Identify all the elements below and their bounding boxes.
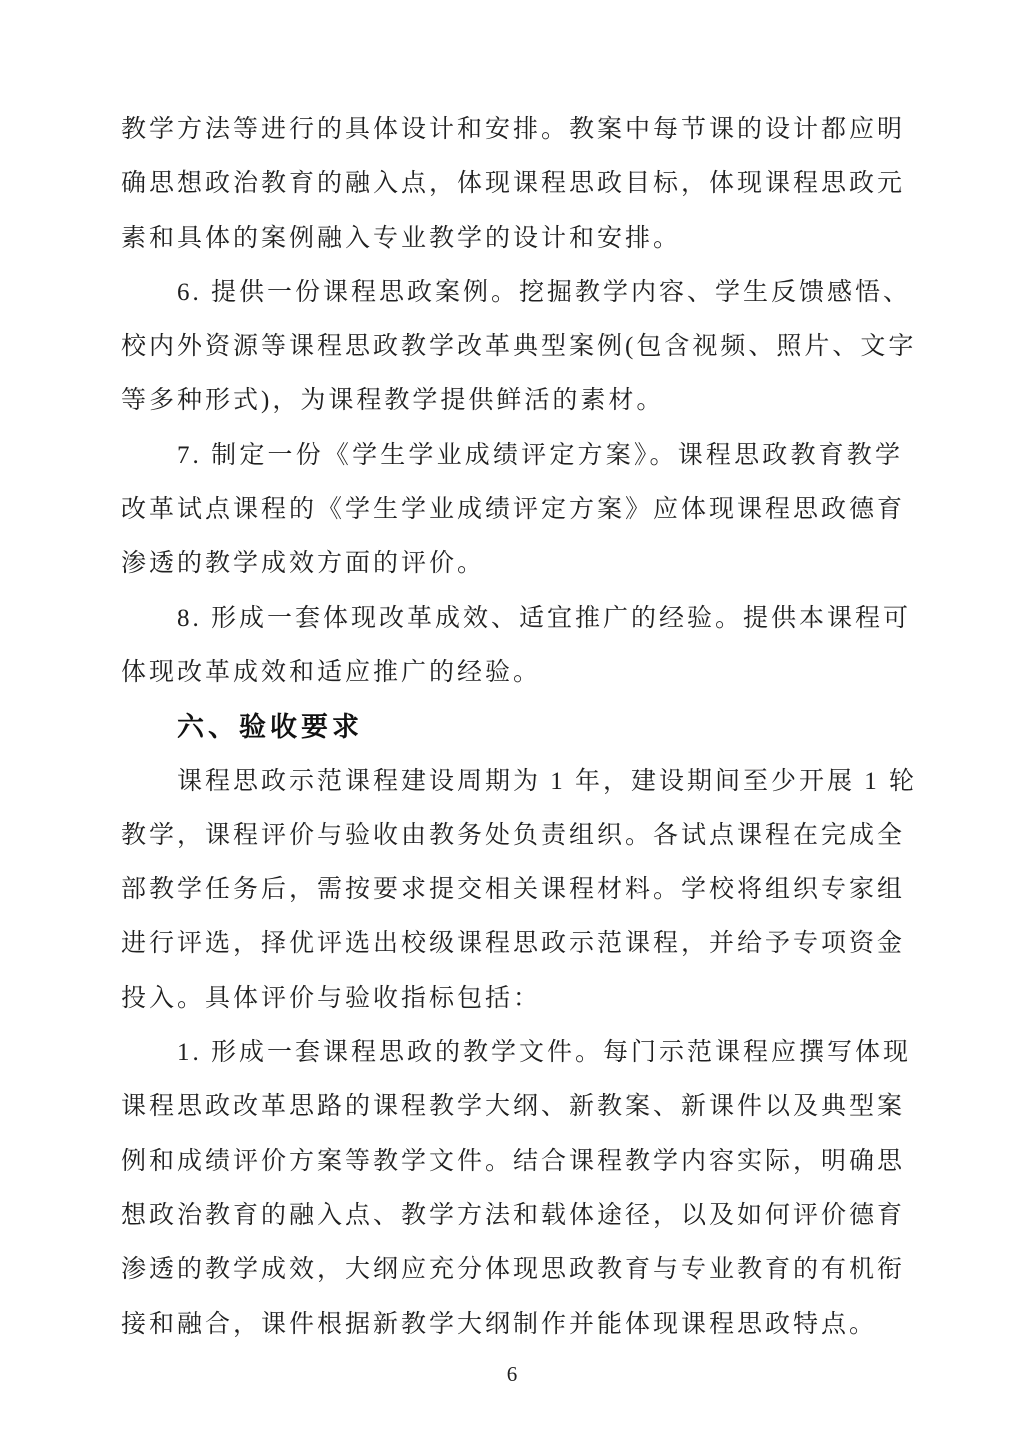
text-line: 进行评选，择优评选出校级课程思政示范课程，并给予专项资金 [121, 917, 903, 971]
text-line: 课程思政示范课程建设周期为 1 年，建设期间至少开展 1 轮 [121, 755, 903, 809]
paragraph-item-6: 6. 提供一份课程思政案例。挖掘教学内容、学生反馈感悟、 校内外资源等课程思政教… [121, 266, 903, 429]
paragraph-item-8: 8. 形成一套体现改革成效、适宜推广的经验。提供本课程可 体现改革成效和适应推广… [121, 592, 903, 701]
text-line: 教学方法等进行的具体设计和安排。教案中每节课的设计都应明 [121, 103, 903, 157]
document-body: 教学方法等进行的具体设计和安排。教案中每节课的设计都应明 确思想政治教育的融入点… [121, 103, 903, 1352]
text-line: 8. 形成一套体现改革成效、适宜推广的经验。提供本课程可 [121, 592, 903, 646]
text-line: 确思想政治教育的融入点，体现课程思政目标，体现课程思政元 [121, 157, 903, 211]
paragraph-item-1: 1. 形成一套课程思政的教学文件。每门示范课程应撰写体现 课程思政改革思路的课程… [121, 1026, 903, 1352]
text-line: 等多种形式)，为课程教学提供鲜活的素材。 [121, 374, 903, 428]
text-line: 想政治教育的融入点、教学方法和载体途径，以及如何评价德育 [121, 1189, 903, 1243]
text-line: 例和成绩评价方案等教学文件。结合课程教学内容实际，明确思 [121, 1135, 903, 1189]
paragraph-continuation: 教学方法等进行的具体设计和安排。教案中每节课的设计都应明 确思想政治教育的融入点… [121, 103, 903, 266]
text-line: 投入。具体评价与验收指标包括： [121, 972, 903, 1026]
text-line: 素和具体的案例融入专业教学的设计和安排。 [121, 212, 903, 266]
text-line: 校内外资源等课程思政教学改革典型案例(包含视频、照片、文字 [121, 320, 903, 374]
paragraph-acceptance-intro: 课程思政示范课程建设周期为 1 年，建设期间至少开展 1 轮 教学，课程评价与验… [121, 755, 903, 1026]
text-line: 体现改革成效和适应推广的经验。 [121, 646, 903, 700]
paragraph-item-7: 7. 制定一份《学生学业成绩评定方案》。课程思政教育教学 改革试点课程的《学生学… [121, 429, 903, 592]
text-line: 渗透的教学成效，大纲应充分体现思政教育与专业教育的有机衔 [121, 1243, 903, 1297]
text-line: 渗透的教学成效方面的评价。 [121, 537, 903, 591]
text-line: 改革试点课程的《学生学业成绩评定方案》应体现课程思政德育 [121, 483, 903, 537]
document-page: 教学方法等进行的具体设计和安排。教案中每节课的设计都应明 确思想政治教育的融入点… [0, 0, 1024, 1447]
text-line: 部教学任务后，需按要求提交相关课程材料。学校将组织专家组 [121, 863, 903, 917]
page-number: 6 [0, 1362, 1024, 1387]
text-line: 教学，课程评价与验收由教务处负责组织。各试点课程在完成全 [121, 809, 903, 863]
text-line: 6. 提供一份课程思政案例。挖掘教学内容、学生反馈感悟、 [121, 266, 903, 320]
section-heading: 六、验收要求 [121, 700, 903, 754]
text-line: 接和融合，课件根据新教学大纲制作并能体现课程思政特点。 [121, 1298, 903, 1352]
text-line: 1. 形成一套课程思政的教学文件。每门示范课程应撰写体现 [121, 1026, 903, 1080]
text-line: 7. 制定一份《学生学业成绩评定方案》。课程思政教育教学 [121, 429, 903, 483]
text-line: 课程思政改革思路的课程教学大纲、新教案、新课件以及典型案 [121, 1080, 903, 1134]
